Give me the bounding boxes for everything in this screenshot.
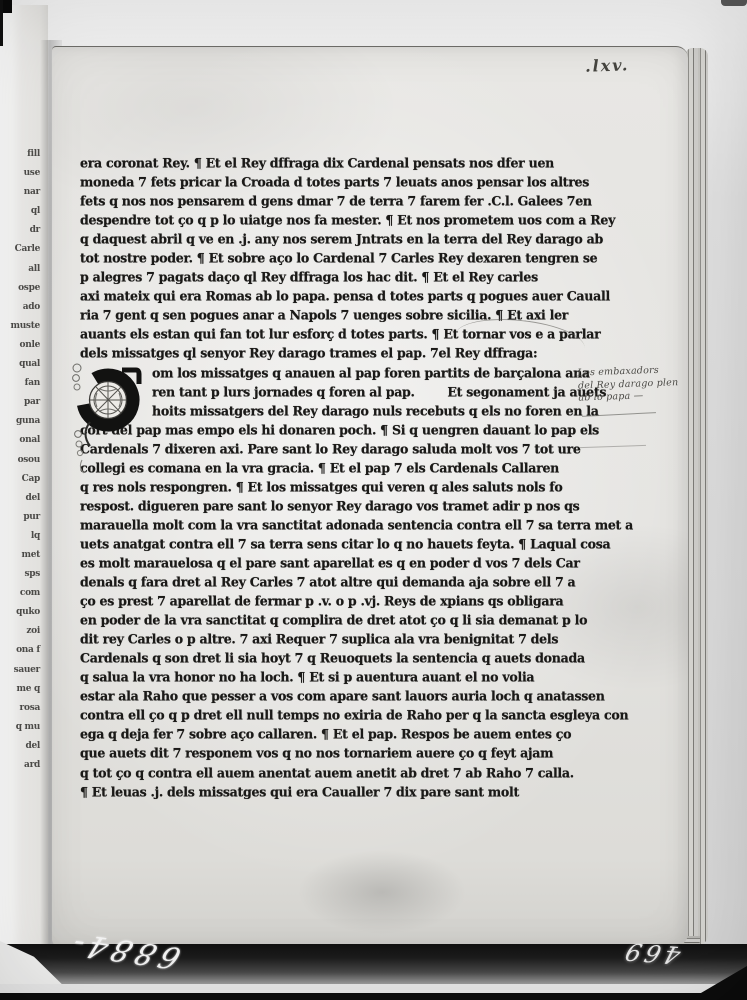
manuscript-text-line: ço es prest 7 aparellat de fermar p .v. …	[80, 591, 614, 611]
manuscript-text-line: moneda 7 fets pricar la Croada d totes p…	[80, 172, 614, 192]
photo-frame-left-edge	[0, 0, 3, 46]
negative-number-right: 469	[592, 935, 684, 968]
facing-page-fragment: nar	[0, 183, 40, 202]
facing-page-fragment: Carle	[0, 240, 40, 259]
manuscript-text-line: fets q nos nos pensarem d gens dmar 7 de…	[80, 191, 614, 211]
facing-page-fragment: del	[0, 737, 40, 756]
manuscript-text-block: era coronat Rey. ¶ Et el Rey dffraga dix…	[80, 153, 614, 801]
manuscript-text-line: hoits missatgers del Rey darago nuls rec…	[152, 401, 614, 421]
manuscript-text-line: uets anatgat contra ell 7 sa terra sens …	[80, 534, 614, 554]
facing-page-fragment: met	[0, 546, 40, 565]
facing-page-fragment: ard	[0, 756, 40, 775]
photo-frame-tab-top-right	[721, 0, 747, 6]
manuscript-text-line: q res nols respongren. ¶ Et los missatge…	[80, 477, 614, 497]
facing-page-fragment: fill	[0, 145, 40, 164]
manuscript-text-line: despendre tot ço q p lo uiatge nos fa me…	[80, 210, 614, 230]
facing-page-fragment: ona f	[0, 641, 40, 660]
facing-page-fragment: ospe	[0, 279, 40, 298]
facing-page-fragment: sps	[0, 565, 40, 584]
manuscript-text-line: contra ell ço q p dret ell null temps no…	[80, 705, 614, 725]
manuscript-text-line: q tot ço q contra ell auem anentat auem …	[80, 763, 614, 783]
illuminated-initial: C	[70, 356, 142, 474]
facing-page-fragment: guna	[0, 412, 40, 431]
manuscript-text-line: collegi es comana en la vra gracia. ¶ Et…	[80, 458, 614, 478]
facing-page-fragment: me q	[0, 680, 40, 699]
manuscript-text-line: cort del pap mas empo els hi donaren poc…	[80, 420, 614, 440]
folio-number: .lxv.	[585, 55, 630, 76]
manuscript-text-line: p alegres 7 pagats daço ql Rey dffraga l…	[80, 267, 614, 287]
manuscript-text-line: respost. digueren pare sant lo senyor Re…	[80, 496, 614, 516]
facing-page-fragment: fan	[0, 374, 40, 393]
facing-page-fragment: sauer	[0, 661, 40, 680]
facing-page-fragment: osou	[0, 451, 40, 470]
facing-page-fragment: muste	[0, 317, 40, 336]
margin-note: Los embaxadorsdel Rey darago plenab lo p…	[577, 364, 670, 405]
manuscript-text-line: dit rey Carles o p altre. 7 axi Requer 7…	[80, 629, 614, 649]
facing-page-fragment: qual	[0, 355, 40, 374]
manuscript-photograph: fillusenarqldrCarleallospeadomusteonlequ…	[0, 0, 747, 1000]
manuscript-text-line: en poder de la vra sanctitat q complira …	[80, 610, 614, 630]
manuscript-text-line: ren tant p lurs jornades q foren al pap.…	[152, 382, 614, 402]
manuscript-text-line: axi mateix qui era Romas ab lo papa. pen…	[80, 286, 614, 306]
facing-page-fragment: use	[0, 164, 40, 183]
facing-page-fragment: ado	[0, 298, 40, 317]
manuscript-text-line: Cardenals 7 dixeren axi. Pare sant lo Re…	[80, 439, 614, 459]
page-edge-stack-right	[686, 48, 708, 945]
facing-page-fragment: pur	[0, 508, 40, 527]
manuscript-text-line: que auets dit 7 responem vos q no nos to…	[80, 743, 614, 763]
manuscript-text-line: ega q deja fer 7 sobre aço callaren. ¶ E…	[80, 724, 614, 744]
manuscript-text-line: Cardenals q son dret li sia hoyt 7 q Reu…	[80, 648, 614, 668]
manuscript-text-line: ¶ Et leuas .j. dels missatges qui era Ca…	[80, 782, 614, 802]
manuscript-text-line: denals q fara dret al Rey Carles 7 atot …	[80, 572, 614, 592]
manuscript-text-line: es molt marauelosa q el pare sant aparel…	[80, 553, 614, 573]
facing-page-fragment: dr	[0, 221, 40, 240]
facing-page-fragment: rosa	[0, 699, 40, 718]
facing-page-fragment: zoi	[0, 622, 40, 641]
manuscript-text-line: q salua la vra honor no ha loch. ¶ Et si…	[80, 667, 614, 687]
facing-page-fragment: Cap	[0, 470, 40, 489]
facing-page-fragment: par	[0, 393, 40, 412]
manuscript-text-line: era coronat Rey. ¶ Et el Rey dffraga dix…	[80, 153, 614, 173]
facing-page-fragment: del	[0, 489, 40, 508]
facing-page-fragment: onal	[0, 431, 40, 450]
facing-page-fragment: ql	[0, 202, 40, 221]
facing-page-fragment: all	[0, 260, 40, 279]
facing-page-fragment: com	[0, 584, 40, 603]
manuscript-text-line: q daquest abril q ve en .j. any nos sere…	[80, 229, 614, 249]
facing-page-fragment: q mu	[0, 718, 40, 737]
manuscript-text-line: tot nostre poder. ¶ Et sobre aço lo Card…	[80, 248, 614, 268]
photo-frame-bottom-bar	[0, 993, 747, 1000]
facing-page-fragment: lq	[0, 527, 40, 546]
manuscript-text-line: marauella molt com la vra sanctitat adon…	[80, 515, 614, 535]
facing-page-text-fragments: fillusenarqldrCarleallospeadomusteonlequ…	[0, 145, 40, 775]
facing-page-fragment: onle	[0, 336, 40, 355]
manuscript-text-line: estar ala Raho que pesser a vos com apar…	[80, 686, 614, 706]
facing-page-fragment: quko	[0, 603, 40, 622]
